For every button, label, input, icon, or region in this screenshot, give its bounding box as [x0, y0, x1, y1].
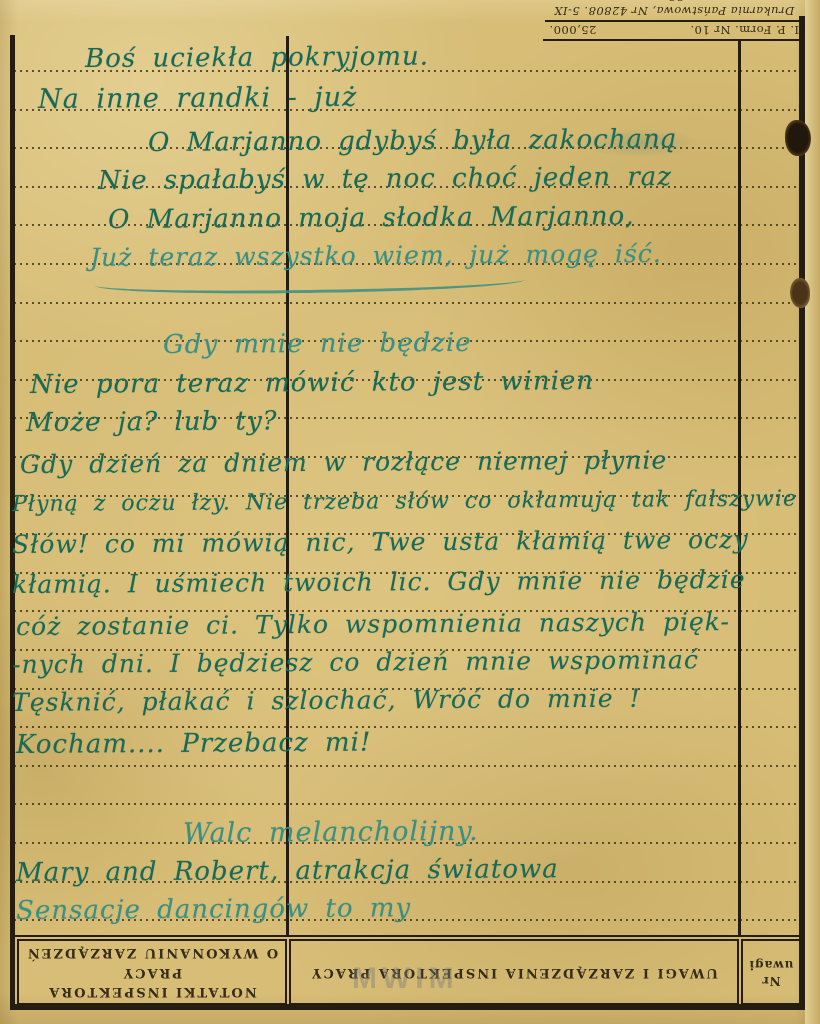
footer-top-rule [10, 935, 805, 937]
handwritten-line: Sensacje dancingów to my [16, 893, 411, 926]
handwritten-line: cóż zostanie ci. Tylko wspomnienia naszy… [16, 607, 730, 641]
page-border-left [10, 35, 15, 1008]
watermark-text: MWIM [352, 962, 459, 996]
paper-tear [785, 120, 811, 156]
scanned-page: I. P. Form. Nr 10. 25,000. Drukarnia Pań… [0, 0, 820, 1024]
handwritten-line: Może ja? lub ty? [26, 406, 278, 438]
footer-notatki-line1: NOTATKI INSPEKTORA PRACY [19, 962, 285, 1001]
handwritten-line: O Marjanno moja słodka Marjanno, [108, 201, 635, 235]
paper-edge-right [805, 0, 820, 1024]
handwritten-line: -nych dni. I będziesz co dzień mnie wspo… [12, 645, 699, 679]
form-number: I. P. Form. Nr 10. [690, 23, 799, 37]
handwritten-line: Płyną z oczu łzy. Nie trzeba słów co okł… [12, 487, 797, 517]
dotted-rule [14, 726, 804, 728]
handwritten-line: Boś uciekła pokryjomu. [85, 42, 429, 74]
printer-line: Drukarnia Państwowa, Nr 42808. 5-IX 28. [545, 0, 803, 20]
print-run: 25,000. [549, 23, 596, 37]
dotted-rule [14, 302, 804, 304]
footer-nr-line2: uwagi [749, 956, 794, 972]
ink-smudge [580, 128, 700, 158]
header-block-rule [543, 39, 805, 41]
footer-notatki-line2: O WYKONANIU ZARZĄDZEŃ [26, 943, 278, 963]
dotted-rule [14, 803, 804, 805]
handwritten-line: Na inne randki - już [38, 82, 357, 115]
handwritten-line: Tęsknić, płakać i szlochać, Wróć do mnie… [12, 684, 641, 717]
form-imprint-row: I. P. Form. Nr 10. 25,000. [545, 20, 803, 39]
handwritten-line: Gdy dzień za dniem w rozłące niemej płyn… [20, 445, 667, 479]
footer-nr-line1: Nr [761, 972, 780, 988]
footer-box-nr-uwagi: Nr uwagi [741, 939, 801, 1005]
handwritten-line: Mary and Robert, atrakcja światowa [16, 854, 559, 888]
handwritten-line: Słów! co mi mówią nic, Twe usta kłamią t… [12, 525, 749, 559]
handwritten-line: Nie pora teraz mówić kto jest winien [30, 366, 594, 400]
handwritten-line: Już teraz wszystko wiem, już mogę iść. [90, 239, 662, 272]
paper-tear [790, 278, 810, 308]
handwritten-line: Kocham.... Przebacz mi! [16, 728, 371, 760]
handwritten-line: Nie spałabyś w tę noc choć jeden raz [98, 162, 672, 196]
flourish-underline [95, 269, 525, 296]
dotted-rule [14, 765, 804, 767]
handwritten-song-title: Gdy mnie nie będzie [163, 328, 472, 360]
handwritten-song-title: Walc melancholijny. [183, 816, 479, 849]
footer-box-notatki: NOTATKI INSPEKTORA PRACY O WYKONANIU ZAR… [17, 939, 287, 1005]
printed-form-imprint: I. P. Form. Nr 10. 25,000. Drukarnia Pań… [545, 0, 803, 39]
handwritten-line: kłamią. I uśmiech twoich lic. Gdy mnie n… [12, 565, 746, 599]
